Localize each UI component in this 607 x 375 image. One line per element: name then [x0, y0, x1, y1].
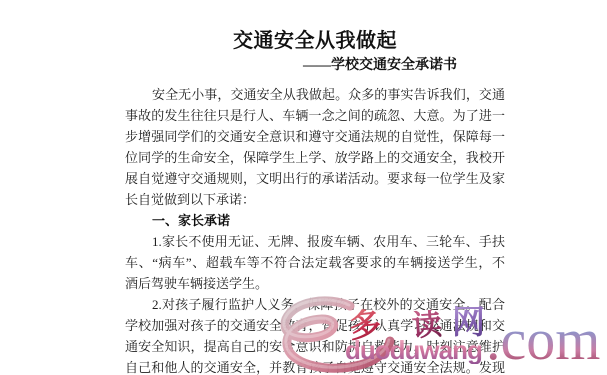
text-line: 酒后驾驶车辆接送学生。 — [125, 273, 505, 294]
text-line: 1.家长不使用无证、无牌、报废车辆、农用车、三轮车、手扶 — [125, 231, 505, 252]
document-subtitle: ——学校交通安全承诺书 — [125, 54, 505, 74]
text-line: 展自觉遵守交通规则，文明出行的承诺活动。要求每一位学生及家 — [125, 168, 505, 189]
text-line: 通安全知识，提高自己的安全意识和防护自救能力，时刻注意维护 — [125, 336, 505, 357]
text-line: 位同学的生命安全，保障学生上学、放学路上的交通安全，我校开 — [125, 147, 505, 168]
document-page: 交通安全从我做起 ——学校交通安全承诺书 安全无小事，交通安全从我做起。众多的事… — [0, 0, 607, 375]
text-line: 自己和他人的交通安全，并教育孩子自觉遵守交通安全法规。发现 — [125, 357, 505, 375]
text-line: 长自觉做到以下承诺： — [125, 189, 505, 210]
text-line: 步增强同学们的交通安全意识和遵守交通法规的自觉性，保障每一 — [125, 126, 505, 147]
text-line: 学校加强对孩子的交通安全教育，督促孩子认真学习交通法规和交 — [125, 315, 505, 336]
document-title: 交通安全从我做起 — [125, 24, 505, 53]
document-body: 安全无小事，交通安全从我做起。众多的事实告诉我们，交通事故的发生往往只是行人、车… — [125, 84, 505, 375]
text-line: 2.对孩子履行监护人义务，保障孩子在校外的交通安全。配合 — [125, 294, 505, 315]
text-line: 安全无小事，交通安全从我做起。众多的事实告诉我们，交通 — [125, 84, 505, 105]
text-line: 事故的发生往往只是行人、车辆一念之间的疏忽、大意。为了进一 — [125, 105, 505, 126]
section-heading-line: 一、家长承诺 — [125, 210, 505, 231]
text-line: 车、“病车”、超载车等不符合法定载客要求的车辆接送学生，不 — [125, 252, 505, 273]
